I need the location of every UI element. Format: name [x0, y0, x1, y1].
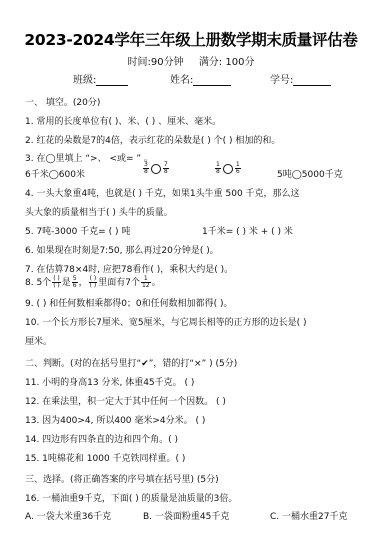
question-15: 15. 1吨棉花和 1000 千克铁同样重。( ) — [25, 451, 185, 464]
question-12: 12. 在乘法里，积一定大于其中任何一个因数。 ( ) — [25, 394, 226, 407]
class-label: 班级: — [73, 75, 96, 86]
question-6: 6. 如果现在时刻是7:50, 那么再过20分钟是( )。 — [25, 243, 219, 256]
compare-circle[interactable] — [151, 164, 161, 174]
q8-text: 是 — [62, 278, 71, 288]
denominator: 8 — [143, 169, 149, 175]
question-7: 7. 在估算78×4时, 应把78看作( )，乘积大约是( )。 — [25, 262, 233, 275]
question-2: 2. 红花的朵数是7的4倍，表示红花的朵数是( ) 个( ) 相加的和。 — [25, 133, 280, 146]
denominator: 8 — [215, 169, 221, 175]
q8-prefix: 8. 5个 — [25, 278, 51, 288]
exam-full-score: 满分: 100分 — [199, 57, 255, 68]
q8-text: 里面有7个 — [98, 278, 140, 288]
question-10-line-1: 10. 一个长方形长7厘米、宽5厘米，与它周长相等的正方形的边长是( ) — [25, 315, 307, 328]
section-multiple-choice: 三、选择。(将正确答案的序号填在括号里) (5分) — [25, 472, 219, 485]
question-4-line-2: 头大象的质量相当于( ) 头牛的质量。 — [25, 205, 173, 218]
section-fill-blank: 一、 填空。(20分) — [25, 95, 100, 108]
denominator: ( ) — [89, 283, 98, 289]
denominator: 12 — [141, 283, 151, 289]
fraction: 38 — [143, 162, 149, 175]
question-8: 8. 5个( )( )是56，( )( )里面有7个112。 — [25, 275, 161, 289]
denominator: 8 — [163, 169, 169, 175]
id-blank[interactable] — [293, 76, 331, 86]
id-label: 学号: — [270, 75, 293, 86]
fraction-blank[interactable]: ( )( ) — [89, 276, 98, 289]
fraction: 56 — [72, 276, 78, 289]
fraction: 16 — [235, 162, 241, 175]
compare-circle[interactable] — [223, 164, 233, 174]
name-field: 姓名: — [170, 71, 231, 86]
denominator: 6 — [72, 283, 78, 289]
fraction: 78 — [163, 162, 169, 175]
q16-option-c: C. 一桶水重27千克 — [270, 509, 347, 522]
question-10-line-2: 厘米。 — [25, 334, 52, 347]
q16-option-b: B. 一袋面粉重45千克 — [143, 509, 229, 522]
fraction-blank[interactable]: ( )( ) — [52, 276, 61, 289]
question-9: 9. ( ) 和任何数相乘都得0；0和任何数相加都得( )。 — [25, 296, 233, 309]
question-1: 1. 常用的长度单位有( )、米、( ) 、厘米、毫米。 — [25, 114, 221, 127]
question-14: 14. 四边形有四条直的边和四个角。( ) — [25, 432, 178, 445]
question-11: 11. 小明的身高13 分米, 体重45千克。 ( ) — [25, 375, 194, 388]
q3-item-a: 6千米◯600米 — [25, 167, 85, 180]
q3-item-b: 3878 — [142, 162, 170, 175]
q3-item-c: 1816 — [214, 162, 242, 175]
question-16: 16. 一桶油重9千克，下面( ) 的质量是油质量的3倍。 — [25, 491, 237, 504]
q3-item-d: 5吨◯5000千克 — [277, 167, 343, 180]
id-field: 学号: — [270, 71, 331, 86]
denominator: 6 — [235, 169, 241, 175]
question-13: 13. 因为400>4, 所以400 毫米>4分米。 ( ) — [25, 413, 205, 426]
question-4-line-1: 4. 一头大象重4吨，也就是( ) 千克，如果1头牛重 500 千克，那么这 — [25, 186, 300, 199]
q8-text: ， — [79, 278, 88, 288]
question-5a: 5. 7吨-3000 千克= ( ) 吨 — [25, 224, 130, 237]
fraction: 18 — [215, 162, 221, 175]
denominator: ( ) — [52, 283, 61, 289]
q16-option-a: A. 一袋大米重36千克 — [25, 509, 111, 522]
exam-meta: 时间:90分钟 满分: 100分 — [0, 53, 382, 68]
fraction: 112 — [141, 276, 151, 289]
class-field: 班级: — [73, 71, 128, 86]
class-blank[interactable] — [96, 76, 128, 86]
name-label: 姓名: — [170, 75, 193, 86]
section-true-false: 二、判断。(对的在括号里打“✔”，错的打“×” ) (5分) — [25, 356, 237, 369]
question-3: 3. 在◯里填上 “>、 <或= ” 。 — [25, 151, 153, 164]
exam-title: 2023-2024学年三年级上册数学期末质量评估卷 — [0, 28, 382, 50]
question-5b: 1千米= ( ) 米 + ( ) 米 — [202, 224, 293, 237]
exam-time: 时间:90分钟 — [128, 57, 184, 68]
q8-text: 。 — [152, 278, 161, 288]
name-blank[interactable] — [193, 76, 231, 86]
